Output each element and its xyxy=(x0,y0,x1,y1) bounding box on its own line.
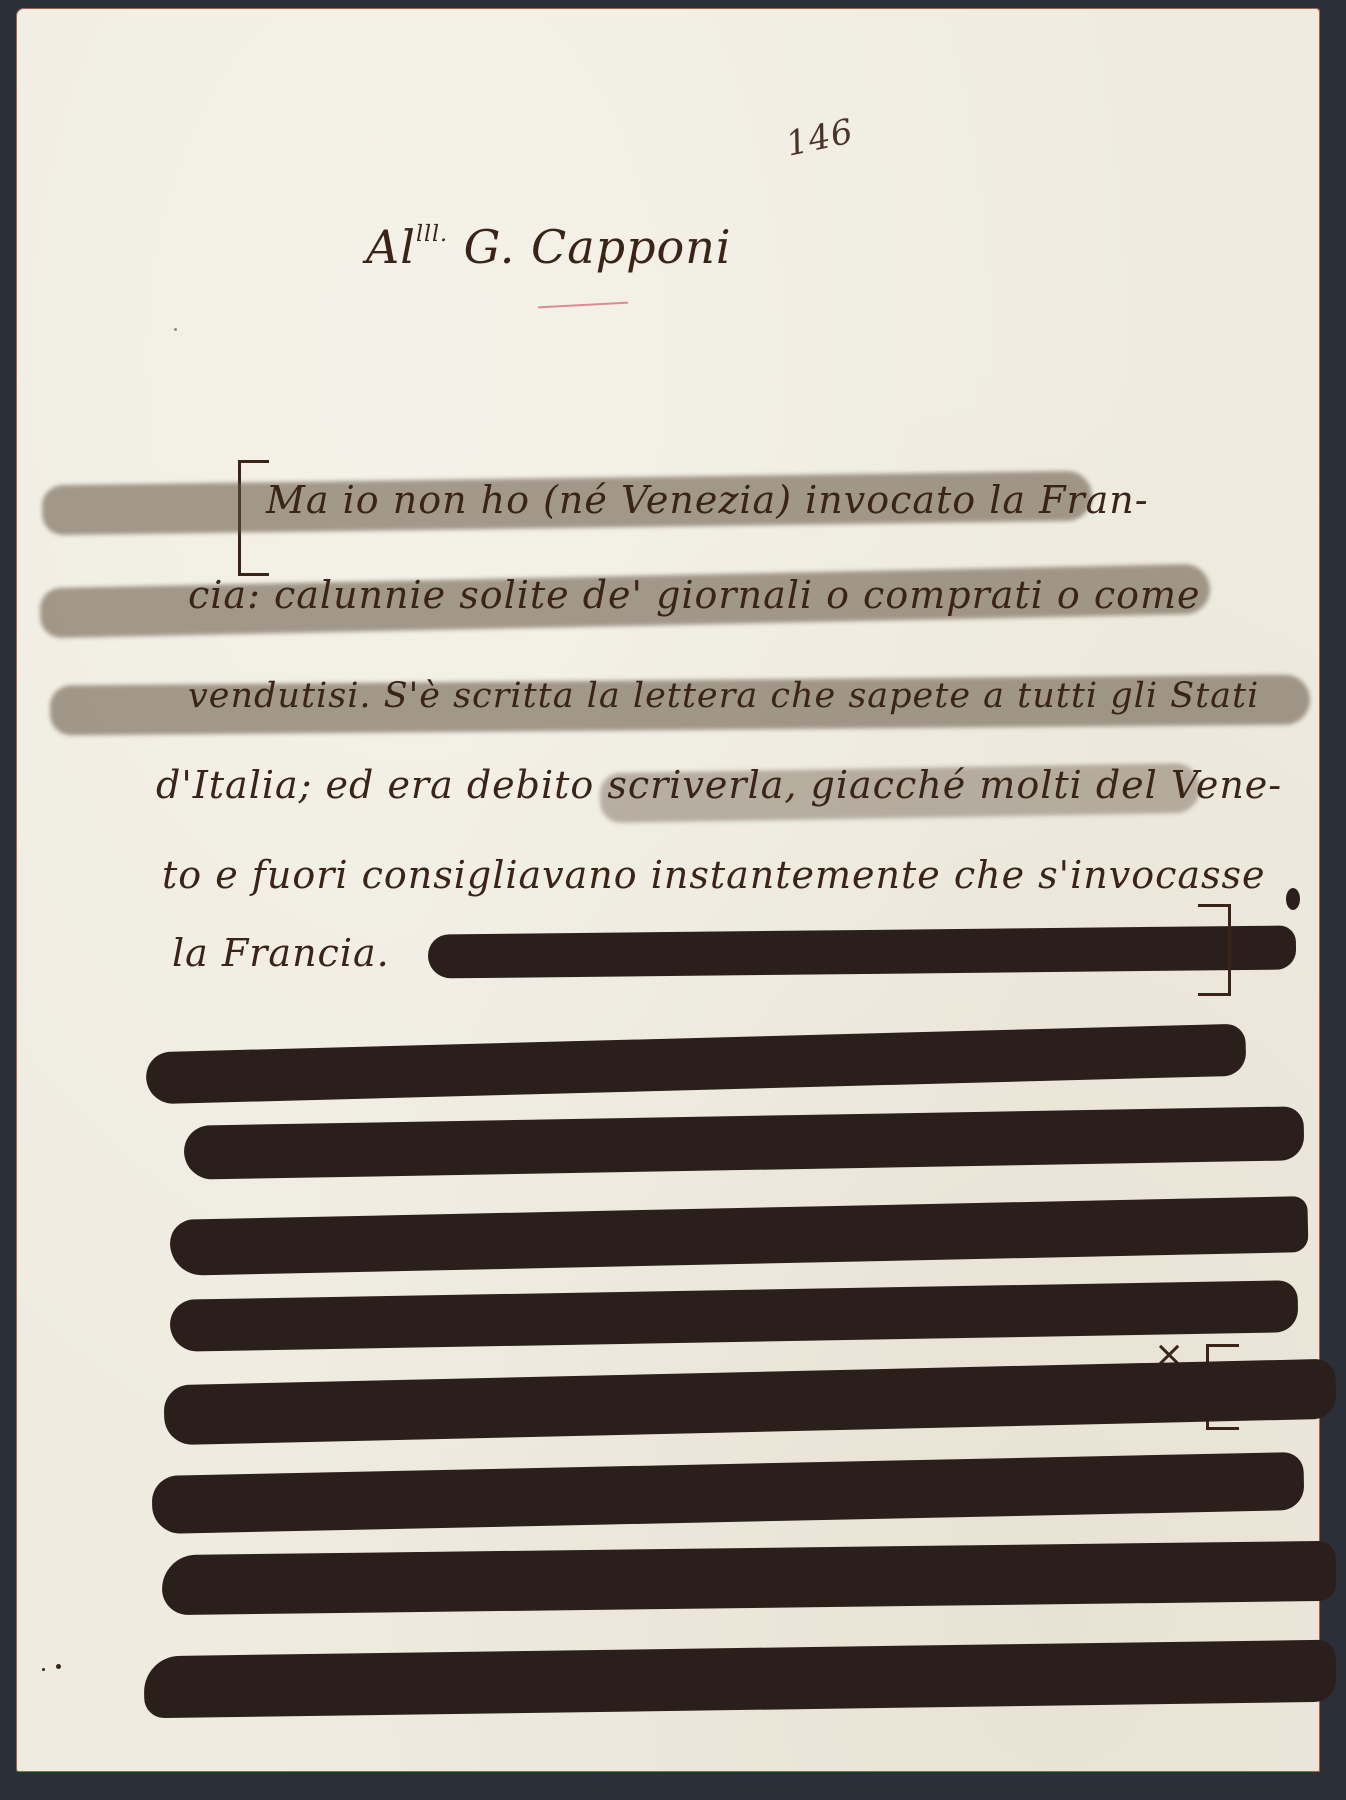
redaction-blot-1 xyxy=(428,925,1296,978)
ink-speck xyxy=(174,328,177,331)
addressee-heading: Allll. G. Capponi xyxy=(366,220,732,274)
folio-number: 146 xyxy=(783,111,858,164)
addressee-initial: G. xyxy=(464,220,516,274)
redaction-blot-6 xyxy=(163,1359,1336,1446)
redaction-blot-4 xyxy=(170,1196,1309,1276)
redaction-blot-2 xyxy=(146,1024,1247,1105)
redaction-blot-5 xyxy=(170,1280,1299,1352)
ink-drop-mark xyxy=(1286,888,1300,910)
redaction-blot-9 xyxy=(144,1640,1337,1719)
red-underline-mark xyxy=(538,302,628,309)
addressee-name: Capponi xyxy=(531,220,732,274)
redaction-blot-8 xyxy=(162,1541,1337,1615)
text-line-2: cia: calunnie solite de' giornali o comp… xyxy=(188,573,1201,617)
text-line-4: d'Italia; ed era debito scriverla, giacc… xyxy=(156,763,1282,807)
redaction-blot-3 xyxy=(184,1106,1305,1180)
redaction-blot-7 xyxy=(152,1452,1305,1534)
text-line-5: to e fuori consigliavano instantemente c… xyxy=(162,853,1266,897)
text-line-3: vendutisi. S'è scritta la lettera che sa… xyxy=(188,676,1259,716)
ink-speck xyxy=(56,1664,61,1669)
addressee-prefix: Al xyxy=(366,220,416,274)
ink-speck xyxy=(42,1668,45,1671)
manuscript-page: Allll. G. Capponi 146 Ma io non ho (né V… xyxy=(16,8,1320,1772)
closing-bracket-mark xyxy=(1198,904,1231,996)
text-line-6: la Francia. xyxy=(172,931,390,975)
text-line-1: Ma io non ho (né Venezia) invocato la Fr… xyxy=(266,478,1149,522)
addressee-superscript: lll. xyxy=(416,222,448,247)
